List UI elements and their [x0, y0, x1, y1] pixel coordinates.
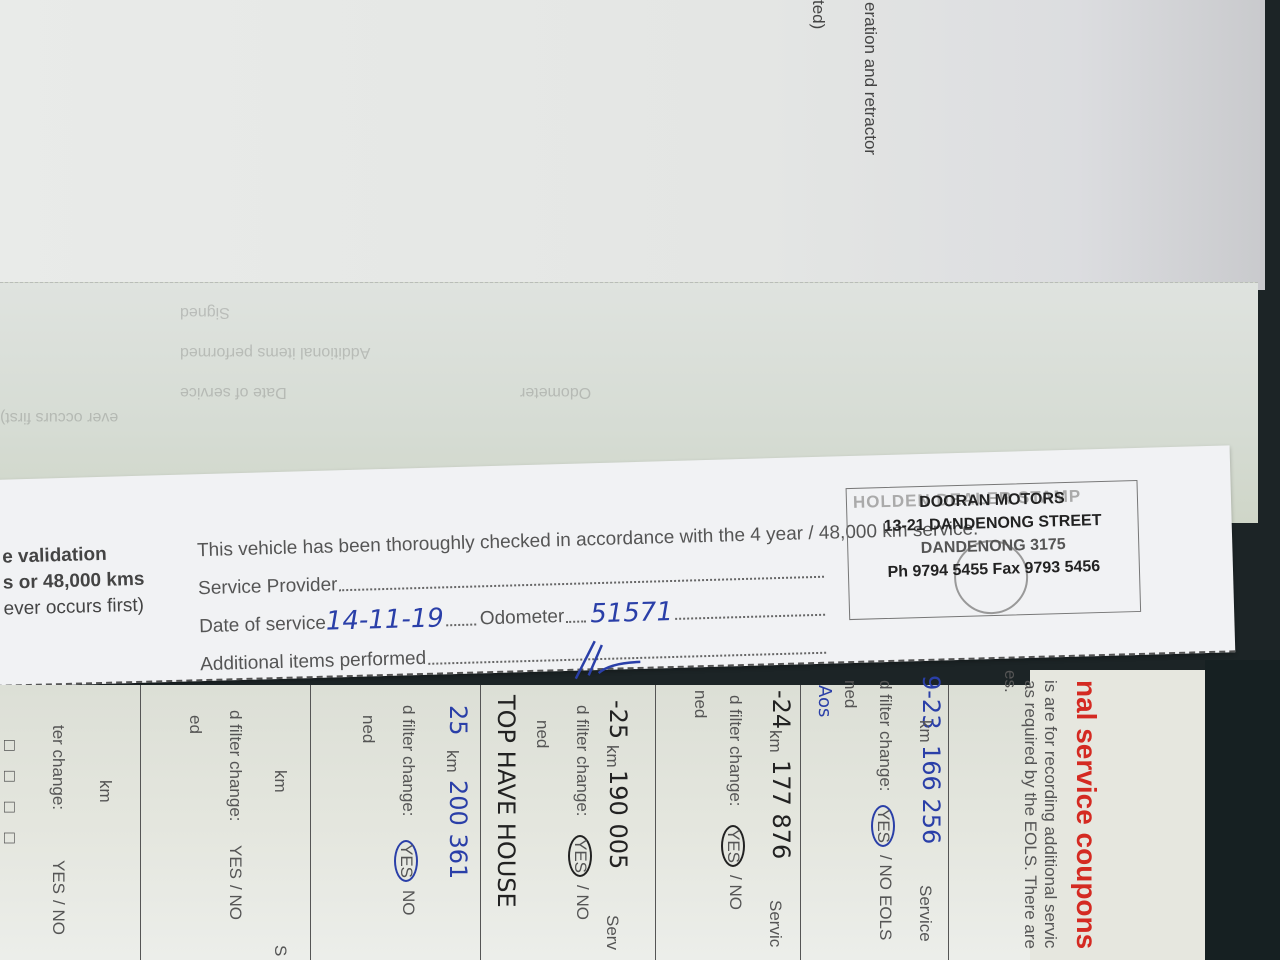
km-label: km — [95, 780, 115, 803]
filter-label: d filter change: — [875, 680, 895, 792]
filter-no[interactable]: / NO — [572, 885, 592, 920]
additional-coupons-page: es. as required by the EOLS. There are i… — [1030, 670, 1205, 960]
filter-no[interactable]: / NO — [48, 900, 68, 935]
handwritten-km: 177 876 — [767, 760, 795, 859]
circled-yes: YES — [394, 840, 418, 882]
circled-yes: YES — [568, 835, 592, 877]
service-label: S — [270, 945, 290, 956]
filter-yes[interactable]: YES — [394, 840, 418, 882]
field-label: Date of service — [199, 613, 326, 639]
filter-label: d filter change: — [725, 695, 745, 807]
km-label: km — [915, 720, 935, 743]
filter-no[interactable]: NO — [398, 890, 418, 916]
signature-icon — [570, 632, 651, 684]
eols-label: EOLS — [875, 895, 895, 940]
coupon-heading: e validation s or 48,000 kms ever occurs… — [0, 541, 145, 623]
column-divider — [480, 685, 481, 960]
signed-label: ned — [358, 715, 378, 743]
filter-yes[interactable]: YES — [568, 835, 592, 877]
ghost-text: ever occurs first) — [0, 408, 118, 426]
page-text-fragment: eration and retractor — [860, 2, 880, 155]
column-divider — [948, 685, 949, 960]
filter-label: d filter change: — [398, 705, 418, 817]
date-value[interactable]: 14-11-19 — [325, 603, 444, 636]
handwritten-date: -25 — [604, 700, 632, 739]
km-label: km — [270, 770, 290, 793]
circled-yes: YES — [871, 805, 895, 847]
dark-background — [1205, 660, 1280, 960]
handwritten-note: TOP HAVE HOUSE — [492, 695, 520, 908]
handwritten-date: -24 — [767, 690, 795, 729]
handwritten-date: 25 — [444, 705, 472, 736]
handwritten-km: 200 361 — [444, 780, 472, 879]
dotted-line — [675, 614, 825, 620]
km-label: km — [602, 745, 622, 768]
filter-yes[interactable]: YES — [721, 825, 745, 867]
filter-label: ter change: — [48, 725, 68, 810]
checkbox-row[interactable]: □□□□ — [0, 740, 20, 864]
field-label: Service Provider — [198, 574, 338, 600]
service-label: Service — [915, 885, 935, 942]
dotted-line — [446, 623, 476, 626]
service-label: Servic — [765, 900, 785, 947]
signed-label: ned — [532, 720, 552, 748]
upper-page: eration and retractor ted) — [0, 0, 1265, 290]
column-divider — [655, 685, 656, 960]
intro-text: es. — [1000, 670, 1020, 693]
column-divider — [800, 685, 801, 960]
field-label: Odometer — [480, 606, 565, 630]
column-divider — [140, 685, 141, 960]
signed-label: ed — [185, 715, 205, 734]
page-text-fragment: ted) — [808, 0, 828, 29]
filter-yes[interactable]: YES — [225, 845, 245, 879]
column-divider — [310, 685, 311, 960]
circled-yes: YES — [721, 825, 745, 867]
coupon-form: This vehicle has been thoroughly checked… — [196, 507, 831, 715]
filter-no[interactable]: / NO — [725, 875, 745, 910]
dotted-line — [566, 620, 586, 623]
ghost-text: Additional items performed — [180, 343, 370, 361]
heading-line: ever occurs first) — [0, 593, 145, 623]
km-label: km — [765, 730, 785, 753]
filter-label: d filter change: — [572, 705, 592, 817]
service-coupon: e validation s or 48,000 kms ever occurs… — [0, 445, 1235, 687]
ghost-text: Signed — [180, 303, 230, 321]
ghost-text: Date of service — [180, 383, 287, 401]
handwritten-note: Aos — [814, 685, 835, 717]
handwritten-km: 190 005 — [604, 770, 632, 869]
handwritten-km: 166 256 — [917, 745, 945, 844]
service-label: Serv — [602, 915, 622, 950]
signed-label: ned — [690, 690, 710, 718]
filter-yes[interactable]: YES — [871, 805, 895, 847]
odometer-value[interactable]: 51571 — [590, 597, 674, 629]
filter-label: d filter change: — [225, 710, 245, 822]
intro-text: is are for recording additional servic — [1040, 680, 1060, 948]
km-label: km — [442, 750, 462, 773]
filter-no[interactable]: / NO — [225, 885, 245, 920]
dealer-stamp: HOLDEN DEALER STAMP DOORAN MOTORS 13-21 … — [846, 480, 1142, 620]
filter-no[interactable]: / NO — [875, 855, 895, 890]
filter-yes[interactable]: YES — [48, 860, 68, 894]
ghost-text: Odometer — [520, 383, 591, 401]
intro-text: as required by the EOLS. There are — [1020, 680, 1040, 949]
section-title: nal service coupons — [1070, 680, 1102, 949]
signed-label: ned — [840, 680, 860, 708]
